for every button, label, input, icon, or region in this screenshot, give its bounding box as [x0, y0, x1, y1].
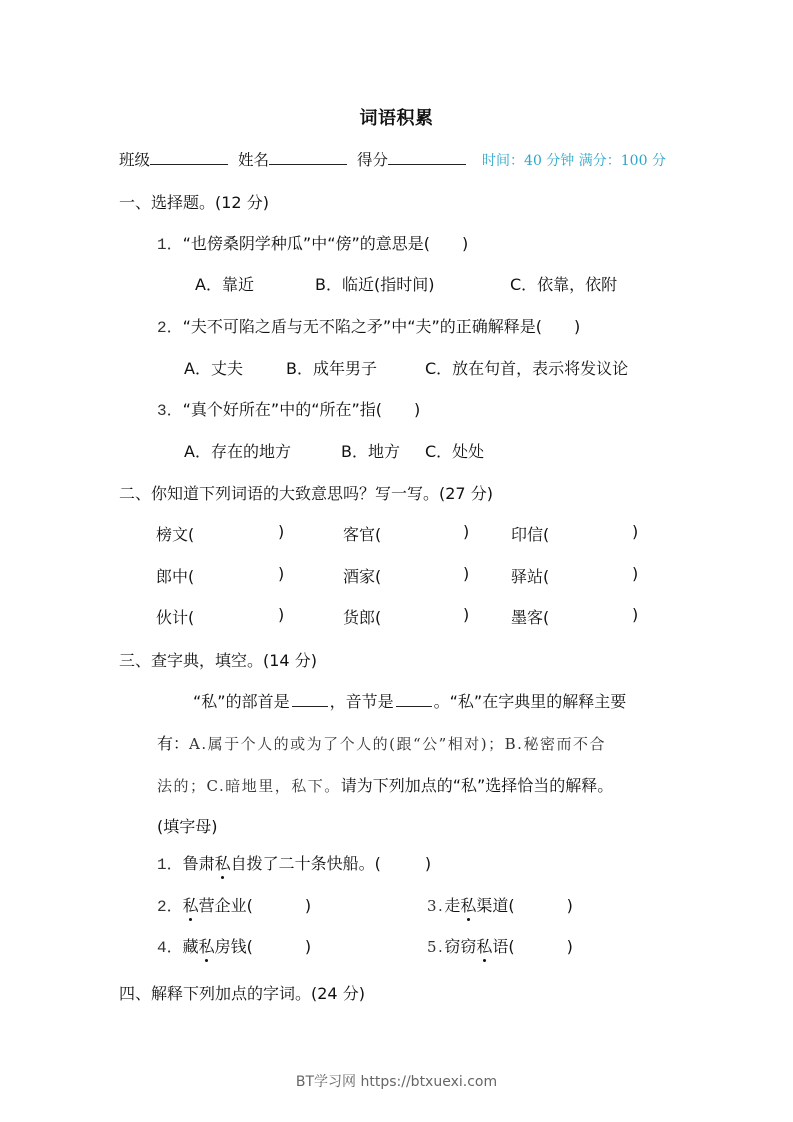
radical-blank[interactable] — [292, 692, 328, 707]
item-text: 语( — [492, 937, 514, 956]
item-number: 4． — [157, 939, 183, 957]
section-3-para-line-4: (填字母) — [157, 814, 218, 837]
item-text: 房钱( — [215, 937, 253, 956]
item-number: 1． — [157, 856, 183, 874]
close-paren: ) — [305, 937, 311, 956]
dotted-char: 私 — [183, 893, 199, 916]
q3-option-c: C．处处 — [425, 439, 484, 462]
word-label: 墨客( — [511, 608, 549, 627]
score-label: 得分 — [357, 148, 388, 170]
close-paren: ) — [278, 564, 284, 583]
fill-item-2[interactable]: 2．私营企业() — [157, 893, 311, 916]
name-label: 姓名 — [238, 148, 269, 170]
time-score-info: 时间：40 分钟 满分：100 分 — [482, 150, 666, 170]
para-text: 。“私”在字典里的解释主要 — [434, 692, 627, 711]
q1-option-c: C．依靠，依附 — [510, 272, 617, 295]
dotted-char: 私 — [199, 934, 215, 957]
word-item[interactable]: 驿站() — [511, 564, 549, 587]
item-text: 走 — [444, 896, 460, 915]
close-paren: ) — [425, 854, 431, 873]
item-number: 2． — [157, 898, 183, 916]
close-paren: ) — [567, 896, 573, 915]
q1-option-a: A．靠近 — [195, 272, 254, 295]
close-paren: ) — [278, 522, 284, 541]
close-paren: ) — [632, 564, 638, 583]
q1-option-b: B．临近(指时间) — [315, 272, 434, 295]
close-paren: ) — [632, 605, 638, 624]
word-label: 印信( — [511, 525, 549, 544]
close-paren: ) — [278, 605, 284, 624]
para-text: 有： — [157, 734, 189, 753]
section-3-heading: 三、查字典，填空。(14 分) — [119, 648, 317, 671]
question-text: “夫不可陷之盾与无不陷之矛”中“夫”的正确解释是( ) — [183, 317, 581, 336]
para-text: ，音节是 — [330, 692, 394, 711]
word-label: 榜文( — [156, 525, 194, 544]
close-paren: ) — [305, 896, 311, 915]
name-field[interactable] — [269, 150, 347, 165]
question-number: 2． — [157, 319, 183, 337]
word-item[interactable]: 酒家() — [343, 564, 381, 587]
word-label: 客官( — [343, 525, 381, 544]
section-3-para-line-3: 法的；C.暗地里，私下。请为下列加点的“私”选择恰当的解释。 — [157, 773, 613, 796]
dotted-char: 私 — [476, 934, 492, 957]
word-item[interactable]: 墨客() — [511, 605, 549, 628]
item-number: 5. — [427, 938, 444, 956]
word-item[interactable]: 客官() — [343, 522, 381, 545]
question-number: 3． — [157, 402, 183, 420]
section-3-para-line-1: “私”的部首是，音节是。“私”在字典里的解释主要 — [193, 689, 626, 712]
student-info-row: 班级 姓名 得分 时间：40 分钟 满分：100 分 — [119, 148, 666, 170]
question-number: 1． — [157, 236, 183, 254]
close-paren: ) — [463, 522, 469, 541]
item-text: 藏 — [183, 937, 199, 956]
item-text: 窃窃 — [444, 937, 476, 956]
question-text: “也傍桑阴学种瓜”中“傍”的意思是( ) — [183, 234, 469, 253]
score-field[interactable] — [388, 150, 466, 165]
close-paren: ) — [463, 605, 469, 624]
close-paren: ) — [463, 564, 469, 583]
word-label: 货郎( — [343, 608, 381, 627]
word-label: 驿站( — [511, 567, 549, 586]
q3-option-a: A．存在的地方 — [184, 439, 291, 462]
close-paren: ) — [632, 522, 638, 541]
section-1-heading: 一、选择题。(12 分) — [119, 190, 269, 213]
syllable-blank[interactable] — [396, 692, 432, 707]
class-label: 班级 — [119, 148, 150, 170]
section-3-para-line-2: 有：A.属于个人的或为了个人的(跟“公”相对)；B.秘密而不合 — [157, 731, 606, 754]
definition-text: 法的；C.暗地里，私下。 — [157, 777, 341, 795]
word-item[interactable]: 榜文() — [156, 522, 194, 545]
para-text: 请为下列加点的“私”选择恰当的解释。 — [341, 776, 614, 795]
close-paren: ) — [567, 937, 573, 956]
word-item[interactable]: 郎中() — [156, 564, 194, 587]
definition-text: A.属于个人的或为了个人的(跟“公”相对)；B.秘密而不合 — [189, 735, 606, 753]
question-3: 3．“真个好所在”中的“所在”指( ) — [157, 397, 420, 420]
fill-item-1[interactable]: 1．鲁肃私自拨了二十条快船。() — [157, 851, 431, 874]
q2-option-c: C．放在句首，表示将发议论 — [425, 356, 628, 379]
item-number: 3. — [427, 897, 444, 915]
item-text: 营企业( — [199, 896, 253, 915]
section-2-heading: 二、你知道下列词语的大致意思吗？写一写。(27 分) — [119, 481, 493, 504]
word-label: 伙计( — [156, 608, 194, 627]
section-4-heading: 四、解释下列加点的字词。(24 分) — [119, 981, 365, 1004]
para-text: “私”的部首是 — [193, 692, 290, 711]
word-label: 郎中( — [156, 567, 194, 586]
question-text: “真个好所在”中的“所在”指( ) — [183, 400, 421, 419]
word-item[interactable]: 伙计() — [156, 605, 194, 628]
item-text: 渠道( — [476, 896, 514, 915]
footer-watermark: BT学习网 https://btxuexi.com — [0, 1071, 793, 1091]
word-item[interactable]: 印信() — [511, 522, 549, 545]
page-title: 词语积累 — [0, 104, 793, 130]
item-text: 鲁肃 — [183, 854, 215, 873]
dotted-char: 私 — [215, 851, 231, 874]
item-text: 自拨了二十条快船。( — [231, 854, 381, 873]
q3-option-b: B．地方 — [341, 439, 400, 462]
q2-option-b: B．成年男子 — [286, 356, 377, 379]
question-2: 2．“夫不可陷之盾与无不陷之矛”中“夫”的正确解释是( ) — [157, 314, 580, 337]
class-field[interactable] — [150, 150, 228, 165]
q2-option-a: A．丈夫 — [184, 356, 243, 379]
word-item[interactable]: 货郎() — [343, 605, 381, 628]
dotted-char: 私 — [460, 893, 476, 916]
fill-item-5[interactable]: 5.窃窃私语() — [427, 934, 573, 957]
fill-item-3[interactable]: 3.走私渠道() — [427, 893, 573, 916]
fill-item-4[interactable]: 4．藏私房钱() — [157, 934, 311, 957]
question-1: 1．“也傍桑阴学种瓜”中“傍”的意思是( ) — [157, 231, 468, 254]
word-label: 酒家( — [343, 567, 381, 586]
